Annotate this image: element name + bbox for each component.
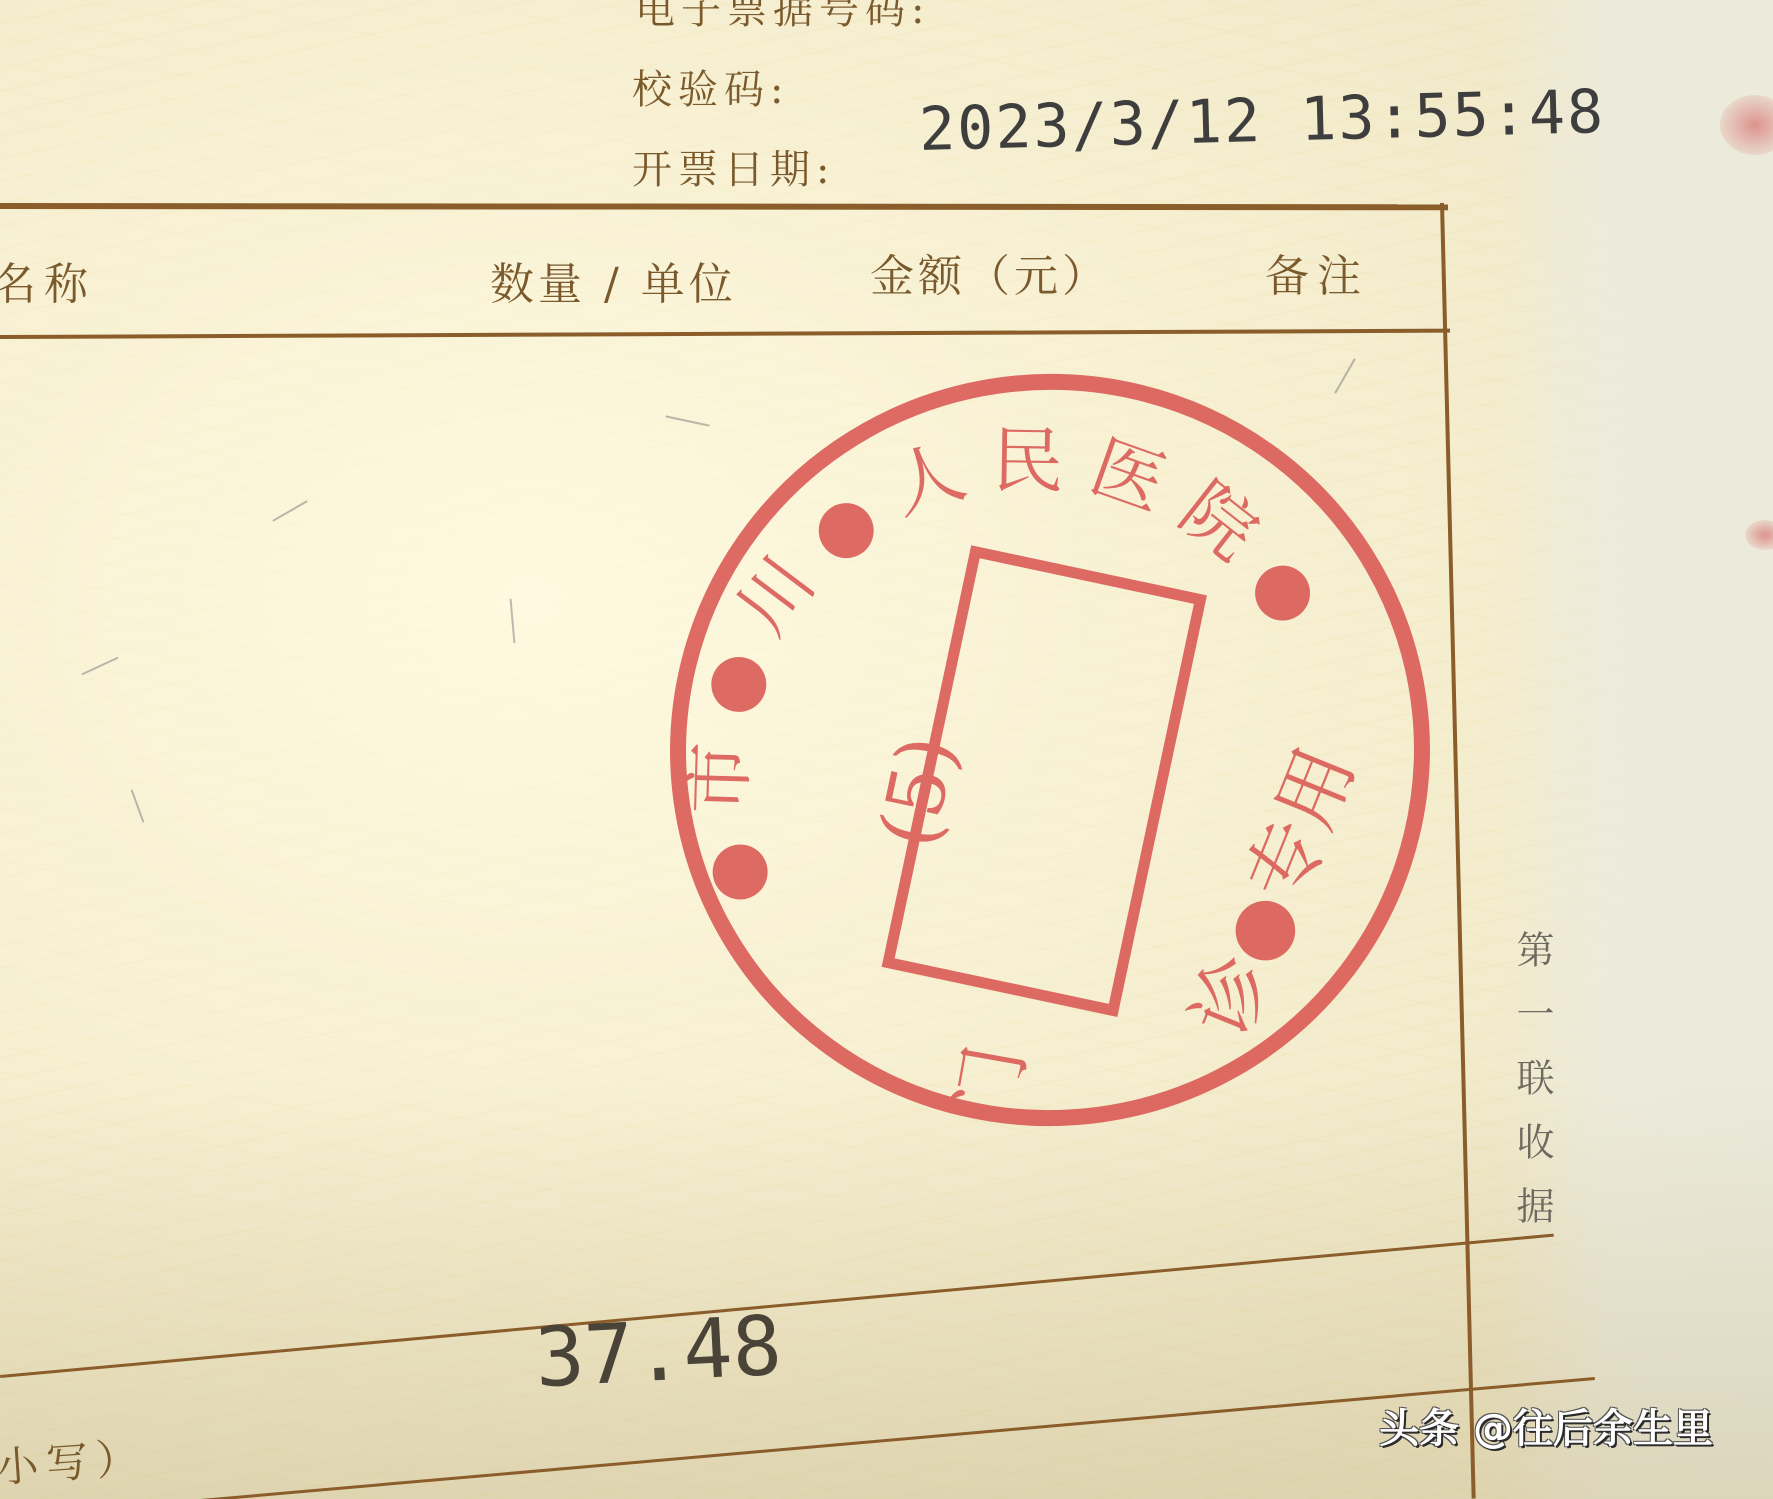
issue-date-label: 开票日期: xyxy=(632,138,835,195)
hospital-seal: ●市●川●人民医院● (5) 门 诊●专用 xyxy=(610,310,1491,1191)
column-header-name: 名称 xyxy=(0,248,96,312)
column-header-quantity-unit: 数量 / 单位 xyxy=(490,248,737,312)
column-header-remarks: 备注 xyxy=(1265,240,1369,304)
seal-bottom-left-char: 门 xyxy=(940,1038,1042,1130)
source-watermark: 头条 @往后余生里 xyxy=(1379,1397,1713,1454)
invoice-number-label: 电子票据号码: xyxy=(635,0,930,35)
seal-bottom-right-chars: 诊●专用 xyxy=(1176,735,1373,1049)
column-header-amount: 金额（元） xyxy=(870,240,1110,304)
table-top-border xyxy=(0,203,1448,210)
check-code-label: 校验码: xyxy=(632,58,789,115)
seal-center-text: (5) xyxy=(863,728,974,855)
total-label-lowercase: 小写） xyxy=(0,1425,148,1495)
copy-label: 第一联收据 xyxy=(1505,930,1560,1250)
total-amount: 37.48 xyxy=(533,1299,784,1407)
